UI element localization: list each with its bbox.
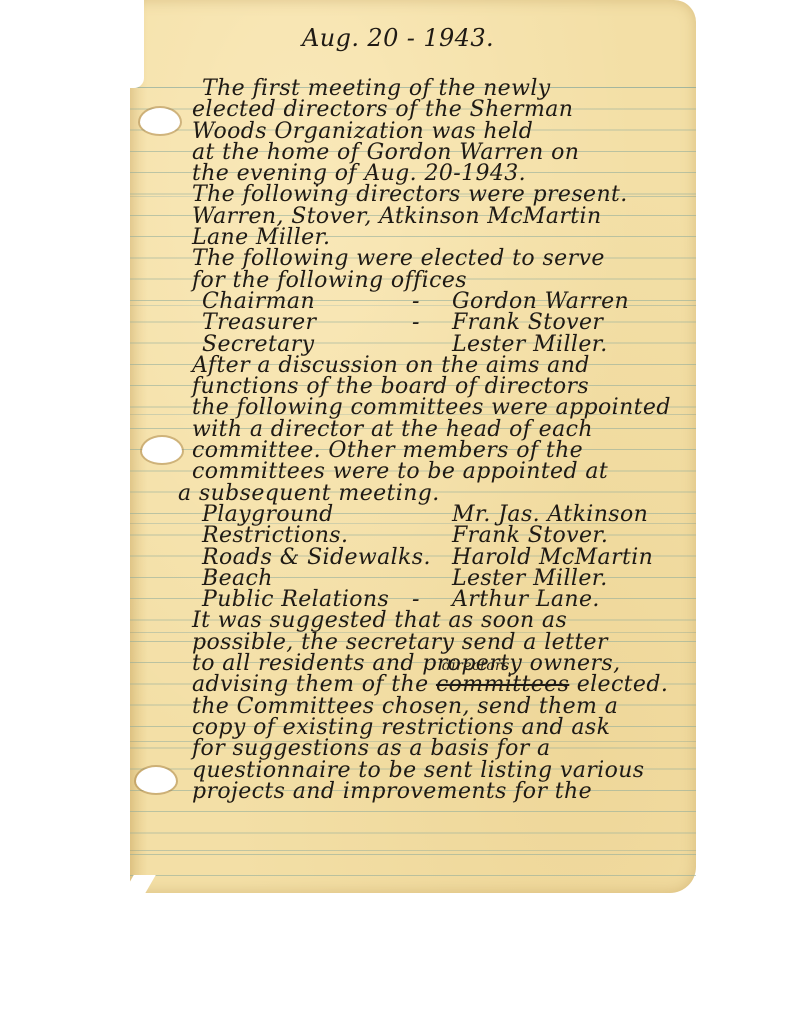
officer-row: Secretary Lester Miller.	[192, 334, 687, 355]
text-line-with-correction: advising them of the committeesdirectors…	[192, 674, 687, 695]
committee-chair: Harold McMartin	[452, 547, 687, 568]
separator	[412, 504, 452, 525]
office-title: Chairman	[192, 291, 412, 312]
officer-name: Lester Miller.	[452, 334, 687, 355]
torn-corner-bottom	[122, 875, 156, 895]
text-line: It was suggested that as soon as	[192, 610, 687, 631]
struck-word-text: committees	[436, 672, 569, 697]
separator: -	[412, 291, 452, 312]
committee-name: Playground	[192, 504, 412, 525]
office-title: Treasurer	[192, 312, 412, 333]
paragraph-letter: It was suggested that as soon as possibl…	[192, 610, 687, 802]
text-line: Woods Organization was held	[192, 121, 687, 142]
committee-name: Roads & Sidewalks.	[192, 547, 412, 568]
text-line: committees were to be appointed at	[192, 461, 687, 482]
text-line: committee. Other members of the	[192, 440, 687, 461]
text-line: Warren, Stover, Atkinson McMartin	[192, 206, 687, 227]
committee-row: Public Relations - Arthur Lane.	[192, 589, 687, 610]
committee-chair: Lester Miller.	[452, 568, 687, 589]
text-line: possible, the secretary send a letter	[192, 632, 687, 653]
committee-name: Beach	[192, 568, 412, 589]
binder-hole-top	[140, 108, 180, 134]
inserted-word: directors	[442, 659, 510, 673]
committee-row: Beach Lester Miller.	[192, 568, 687, 589]
text-line: elected directors of the Sherman	[192, 99, 687, 120]
struck-word: committeesdirectors	[436, 672, 569, 697]
text-line: After a discussion on the aims and	[192, 355, 687, 376]
paragraph-committees: After a discussion on the aims and funct…	[192, 355, 687, 504]
separator	[412, 547, 452, 568]
committee-chair: Arthur Lane.	[452, 589, 687, 610]
separator: -	[412, 589, 452, 610]
paragraph-meeting-intro: The first meeting of the newly elected d…	[192, 78, 687, 248]
separator	[412, 568, 452, 589]
binder-hole-bottom	[136, 767, 176, 793]
committee-chair: Mr. Jas. Atkinson	[452, 504, 687, 525]
separator	[412, 525, 452, 546]
committee-name: Restrictions.	[192, 525, 412, 546]
handwritten-minutes: Aug. 20 - 1943. The first meeting of the…	[192, 18, 687, 802]
text-line: The following were elected to serve	[192, 248, 687, 269]
binder-hole-middle	[142, 437, 182, 463]
separator	[412, 334, 452, 355]
committee-name: Public Relations	[192, 589, 412, 610]
text-line: the Committees chosen, send them a	[192, 696, 687, 717]
text-line: a subsequent meeting.	[178, 483, 687, 504]
text-line: with a director at the head of each	[192, 419, 687, 440]
separator: -	[412, 312, 452, 333]
officer-row: Treasurer - Frank Stover	[192, 312, 687, 333]
text-line: projects and improvements for the	[192, 781, 687, 802]
committees-list: Playground Mr. Jas. Atkinson Restriction…	[192, 504, 687, 610]
notebook-page: Aug. 20 - 1943. The first meeting of the…	[130, 0, 696, 893]
text-line: the evening of Aug. 20-1943.	[192, 163, 687, 184]
text-line: at the home of Gordon Warren on	[192, 142, 687, 163]
committee-row: Playground Mr. Jas. Atkinson	[192, 504, 687, 525]
text-line: The following directors were present.	[192, 184, 687, 205]
torn-corner	[130, 0, 144, 88]
committee-row: Restrictions. Frank Stover.	[192, 525, 687, 546]
committee-chair: Frank Stover.	[452, 525, 687, 546]
officer-name: Frank Stover	[452, 312, 687, 333]
text-line: The first meeting of the newly	[192, 78, 687, 99]
paragraph-elections: The following were elected to serve for …	[192, 248, 687, 291]
office-title: Secretary	[192, 334, 412, 355]
text-line: Lane Miller.	[192, 227, 687, 248]
text-line: functions of the board of directors	[192, 376, 687, 397]
text-line: copy of existing restrictions and ask	[192, 717, 687, 738]
committee-row: Roads & Sidewalks. Harold McMartin	[192, 547, 687, 568]
officers-list: Chairman - Gordon Warren Treasurer - Fra…	[192, 291, 687, 355]
text-line: for the following offices	[192, 270, 687, 291]
text-line: questionnaire to be sent listing various	[192, 760, 687, 781]
text-line: for suggestions as a basis for a	[192, 738, 687, 759]
officer-row: Chairman - Gordon Warren	[192, 291, 687, 312]
document-date: Aug. 20 - 1943.	[302, 18, 687, 58]
officer-name: Gordon Warren	[452, 291, 687, 312]
text-line: the following committees were appointed	[192, 397, 687, 418]
